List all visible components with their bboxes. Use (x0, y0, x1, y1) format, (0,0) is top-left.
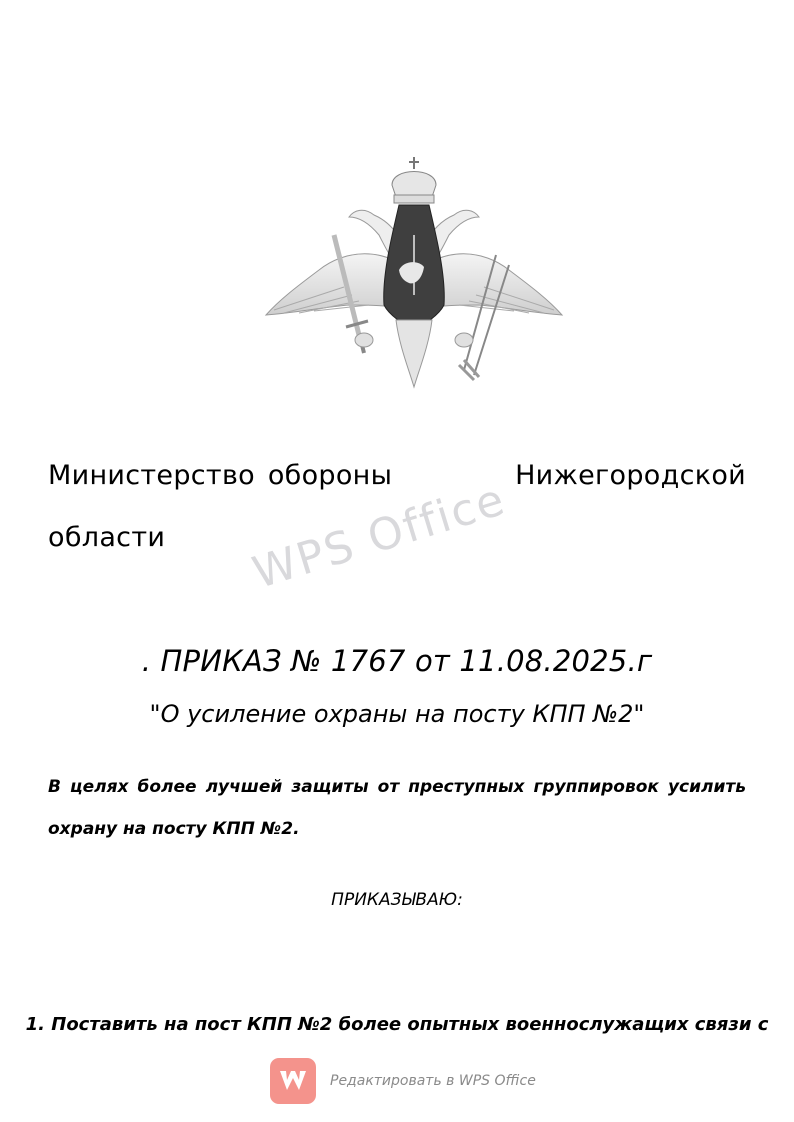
organization-word: Министерство (48, 460, 255, 491)
document-page: Министерство обороны Нижегородской облас… (0, 0, 794, 1122)
order-subject: "О усиление охраны на посту КПП №2" (0, 700, 794, 728)
order-title: . ПРИКАЗ № 1767 от 11.08.2025.г (0, 644, 794, 678)
edit-in-wps-label: Редактировать в WPS Office (330, 1073, 536, 1089)
decree-heading: ПРИКАЗЫВАЮ: (0, 890, 794, 910)
organization-line-1: Министерство обороны Нижегородской (48, 460, 746, 491)
order-item: 1. Поставить на пост КПП №2 более опытны… (0, 1014, 794, 1035)
wps-office-logo-icon (270, 1058, 316, 1104)
organization-word: Нижегородской (515, 460, 746, 491)
preamble-paragraph: В целях более лучшей защиты от преступны… (48, 766, 746, 850)
organization-word: обороны (268, 460, 392, 491)
emblem-icon (264, 155, 564, 390)
edit-in-wps-button[interactable]: Редактировать в WPS Office (270, 1058, 536, 1104)
